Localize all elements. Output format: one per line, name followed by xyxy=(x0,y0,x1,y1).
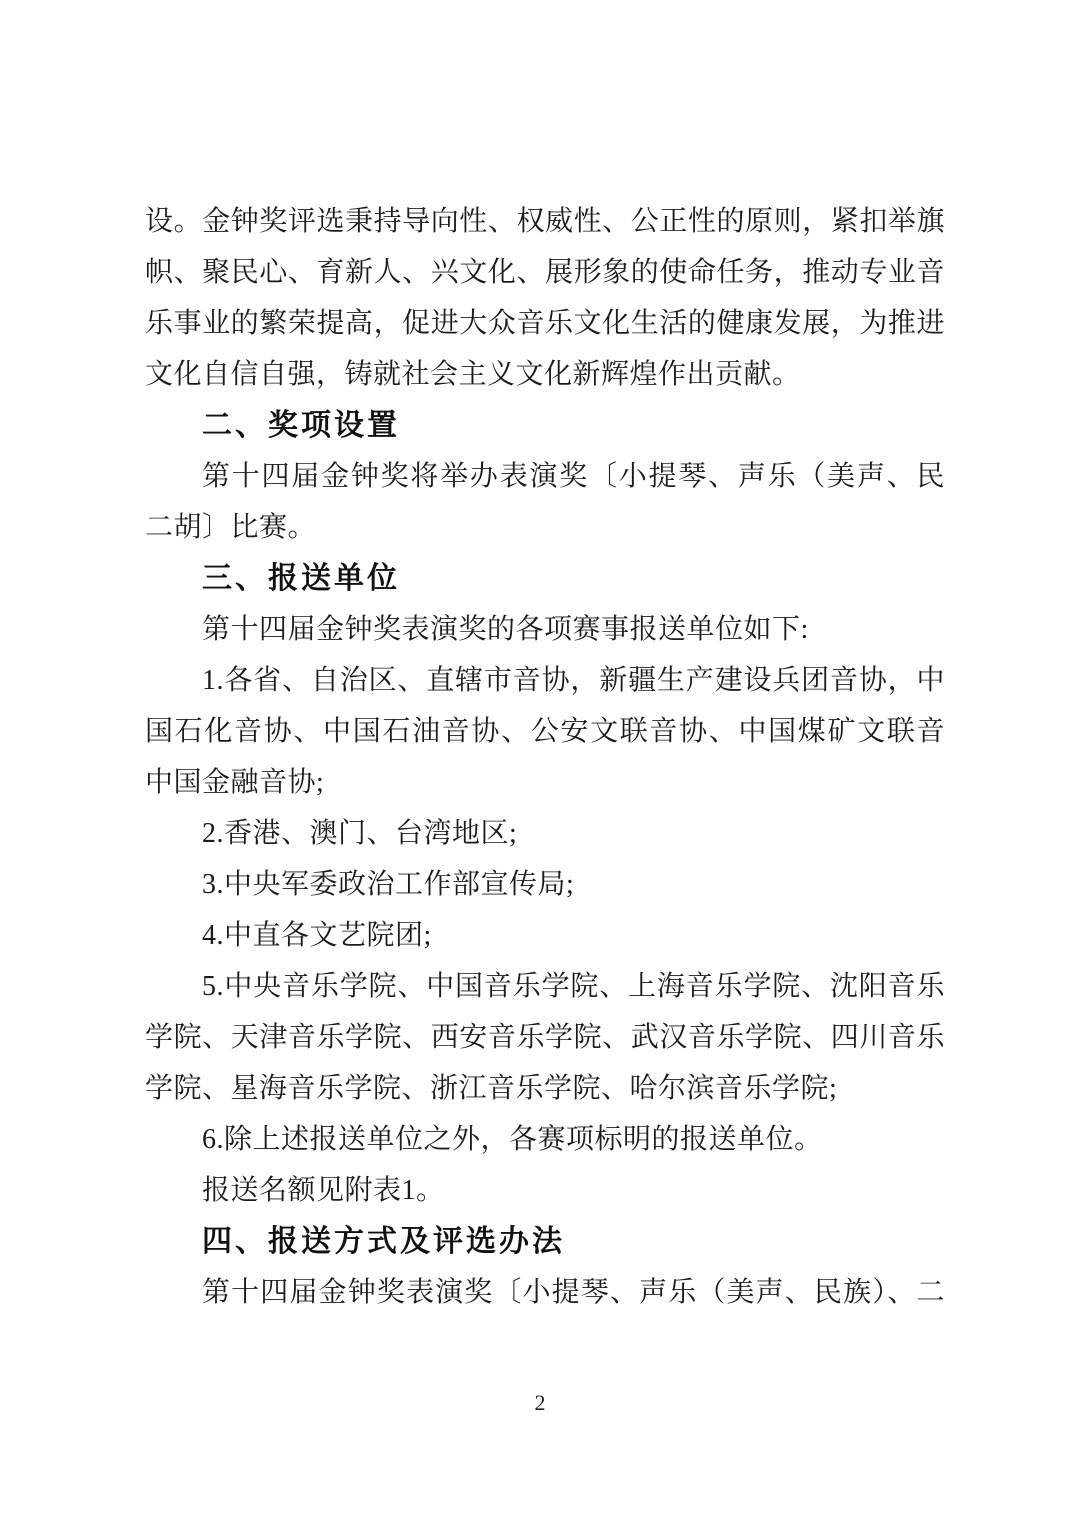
body-line: 二胡〕比赛。 xyxy=(145,502,945,553)
section-heading-method: 四、报送方式及评选办法 xyxy=(145,1216,945,1267)
list-item-line: 国石化音协、中国石油音协、公安文联音协、中国煤矿文联音协、 xyxy=(145,706,945,757)
body-line: 第十四届金钟奖表演奖〔小提琴、声乐（美声、民族）、二 xyxy=(145,1267,945,1318)
section-heading-awards: 二、奖项设置 xyxy=(145,400,945,451)
section-heading-units: 三、报送单位 xyxy=(145,553,945,604)
list-item-line: 4.中直各文艺院团; xyxy=(145,910,945,961)
body-line: 第十四届金钟奖表演奖的各项赛事报送单位如下: xyxy=(145,604,945,655)
list-item-line: 1.各省、自治区、直辖市音协，新疆生产建设兵团音协，中 xyxy=(145,655,945,706)
list-item-line: 学院、天津音乐学院、西安音乐学院、武汉音乐学院、四川音乐 xyxy=(145,1012,945,1063)
body-line: 报送名额见附表1。 xyxy=(145,1165,945,1216)
list-item-line: 中国金融音协; xyxy=(145,757,945,808)
document-body: 设。金钟奖评选秉持导向性、权威性、公正性的原则，紧扣举旗 帜、聚民心、育新人、兴… xyxy=(145,196,945,1318)
list-item-line: 2.香港、澳门、台湾地区; xyxy=(145,808,945,859)
list-item-line: 6.除上述报送单位之外，各赛项标明的报送单位。 xyxy=(145,1114,945,1165)
page-number: 2 xyxy=(0,1388,1080,1418)
body-line: 帜、聚民心、育新人、兴文化、展形象的使命任务，推动专业音 xyxy=(145,247,945,298)
list-item-line: 学院、星海音乐学院、浙江音乐学院、哈尔滨音乐学院; xyxy=(145,1063,945,1114)
body-line: 乐事业的繁荣提高，促进大众音乐文化生活的健康发展，为推进 xyxy=(145,298,945,349)
list-item-line: 3.中央军委政治工作部宣传局; xyxy=(145,859,945,910)
body-line: 文化自信自强，铸就社会主义文化新辉煌作出贡献。 xyxy=(145,349,945,400)
list-item-line: 5.中央音乐学院、中国音乐学院、上海音乐学院、沈阳音乐 xyxy=(145,961,945,1012)
document-page: 设。金钟奖评选秉持导向性、权威性、公正性的原则，紧扣举旗 帜、聚民心、育新人、兴… xyxy=(0,0,1080,1527)
body-line: 第十四届金钟奖将举办表演奖〔小提琴、声乐（美声、民族）、 xyxy=(145,451,945,502)
body-line: 设。金钟奖评选秉持导向性、权威性、公正性的原则，紧扣举旗 xyxy=(145,196,945,247)
